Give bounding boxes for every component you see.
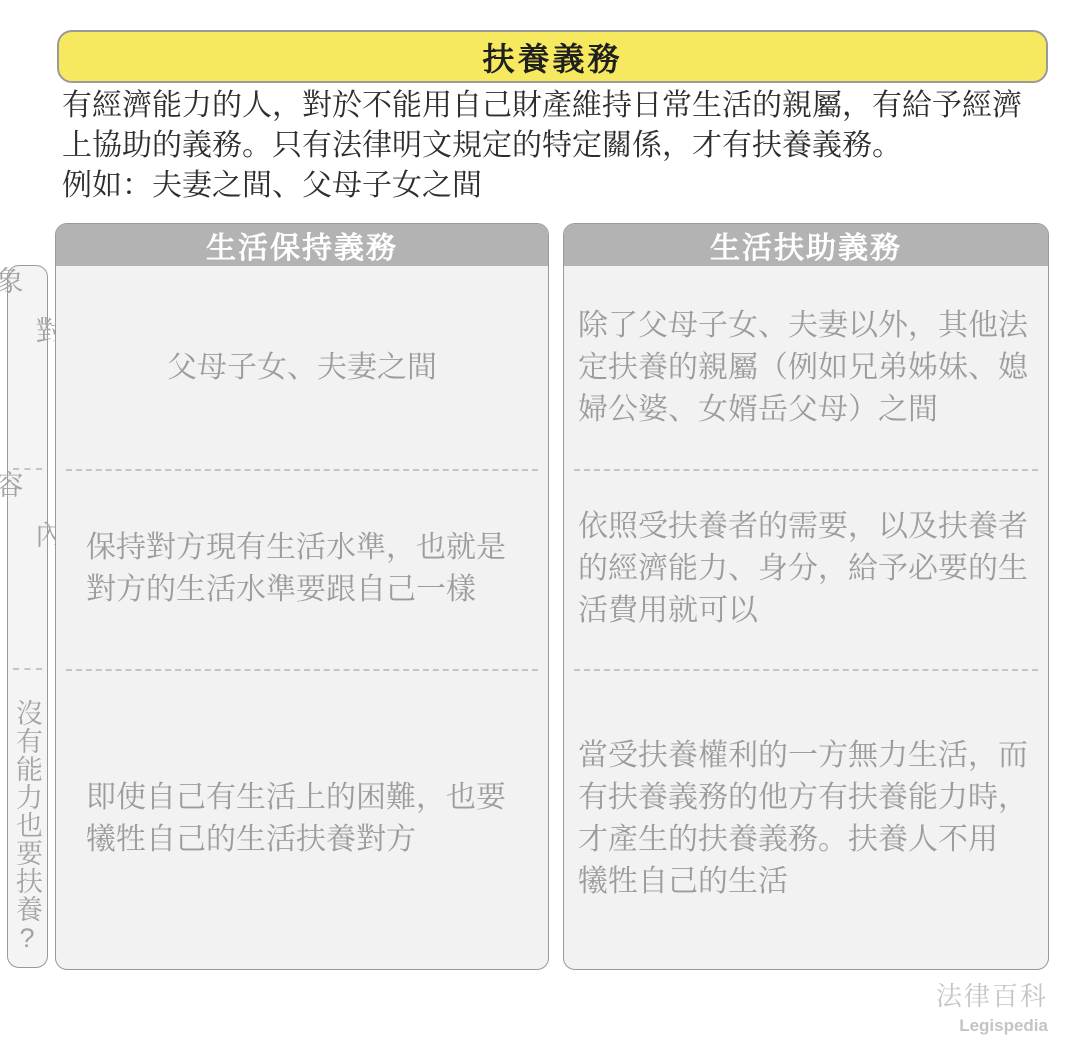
row-label-rail: 對象 內容 沒有能力也要扶養? (7, 265, 48, 968)
title-banner: 扶養義務 (57, 30, 1048, 83)
cell-assistance-content: 依照受扶養者的需要，以及扶養者 的經濟能力、身分，給予必要的生 活費用就可以 (564, 469, 1048, 669)
brand-name-en: Legispedia (936, 1016, 1048, 1036)
cell-assistance-ability: 當受扶養權利的一方無力生活，而 有扶養義務的他方有扶養能力時， 才產生的扶養義務… (564, 669, 1048, 969)
row-label-ability-text: 沒有能力也要扶養? (8, 699, 47, 954)
row-label-ability: 沒有能力也要扶養? (8, 670, 47, 967)
cell-preservation-ability: 即使自己有生活上的困難，也要 犧牲自己的生活扶養對方 (56, 669, 548, 969)
row-label-subject: 對象 (8, 266, 47, 468)
cell-preservation-content: 保持對方現有生活水準，也就是 對方的生活水準要跟自己一樣 (56, 469, 548, 669)
intro-paragraph: 有經濟能力的人，對於不能用自己財產維持日常生活的親屬，有給予經濟 上協助的義務。… (62, 86, 1050, 206)
column-header-preservation-text: 生活保持義務 (206, 223, 398, 267)
cell-assistance-subject: 除了父母子女、夫妻以外，其他法 定扶養的親屬（例如兄弟姊妹、媳 婦公婆、女婿岳父… (564, 266, 1048, 469)
brand-footer: 法律百科 Legispedia (936, 976, 1048, 1036)
column-header-preservation: 生活保持義務 (56, 224, 548, 266)
cell-preservation-subject: 父母子女、夫妻之間 (56, 266, 548, 469)
infographic-canvas: 扶養義務 有經濟能力的人，對於不能用自己財產維持日常生活的親屬，有給予經濟 上協… (0, 0, 1065, 1045)
column-header-assistance-text: 生活扶助義務 (710, 223, 902, 267)
column-life-preservation: 生活保持義務 父母子女、夫妻之間 保持對方現有生活水準，也就是 對方的生活水準要… (55, 223, 549, 970)
row-label-content: 內容 (8, 470, 47, 668)
page-title: 扶養義務 (482, 34, 622, 80)
column-life-assistance: 生活扶助義務 除了父母子女、夫妻以外，其他法 定扶養的親屬（例如兄弟姊妹、媳 婦… (563, 223, 1049, 970)
column-header-assistance: 生活扶助義務 (564, 224, 1048, 266)
brand-name-zh: 法律百科 (936, 976, 1048, 1013)
